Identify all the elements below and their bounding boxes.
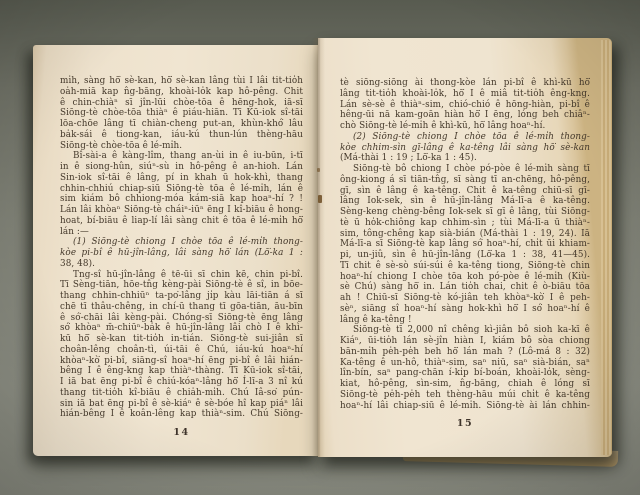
text-line: chē tī thâu-chêng, in chí-ū thang tī gōa…: [60, 302, 303, 313]
text-line: Siōng-tè tī 2,000 nî chêng kì-jiân bô si…: [340, 325, 590, 336]
text-line: oa̍h-miā kap n̂g-bāng, khoài-lo̍k kap hô…: [60, 87, 303, 98]
text-line: mi̍h, sàng hō͘ sè-kan, hō͘ sè-kan lâng t…: [60, 76, 303, 87]
page-15-paragraphs: tè siōng-siōng ài thong-kòe lán pi-bî ê …: [340, 78, 590, 411]
text-line: kiat, hô-pêng, sìn-sim, n̂g-bāng, chiah …: [340, 379, 590, 390]
book-page-left: mi̍h, sàng hō͘ sè-kan, hō͘ sè-kan lâng t…: [33, 45, 318, 456]
text-line: hoat, bí-biāu ê liap-lí lâi sàng chit ê …: [60, 216, 303, 227]
text-line: Kiáⁿ, ūi-tio̍h lán sè-jîn hiàn I, kiám b…: [340, 336, 590, 347]
paper-speck: [317, 168, 320, 172]
photo-background: mi̍h, sàng hō͘ sè-kan, hō͘ sè-kan lâng t…: [0, 0, 640, 495]
text-line: (1) Siōng-tè chiong I chòe tōa ê lé-mi̍h…: [60, 237, 303, 248]
paragraph: (Má-thài 1 : 19 ; Lō͘-ka 1 : 45).: [340, 153, 590, 164]
text-line: bêng I ê êng-kng kap thiàⁿ-thàng. Tī Kū-…: [60, 366, 303, 377]
text-line: Tī Sèng-tiān, hōe-tn̂g kèng-pài Siōng-tè…: [60, 280, 303, 291]
text-line: chhin-chhiú chiap-siū Siōng-tè tōa ê lé-…: [60, 184, 303, 195]
text-line: lîn-bín, saⁿ pang-chān í-ki̍p bí-boán, k…: [340, 368, 590, 379]
text-line: sim, tông-chêng kap sià-bián (Má-thài 1 …: [340, 229, 590, 240]
text-line: 38, 48).: [60, 259, 303, 270]
text-line: ba̍k-sái ê tiong-kan, iáu-kú thun-lún th…: [60, 130, 303, 141]
text-line: lâng Iok-sek, sìn ê hū-jîn-lâng Má-lī-a …: [340, 196, 590, 207]
text-line: pi, un-jiû, sìn ê hū-jîn-lâng (Lō͘-ka 1 …: [340, 250, 590, 261]
text-line: Tī chit ê sè-sò súi-súi ê ka-têng tiong,…: [340, 261, 590, 272]
text-line: lâng ê ka-têng !: [340, 315, 590, 326]
paragraph: (1) Siōng-tè chiong I chòe tōa ê lé-mi̍h…: [60, 237, 303, 259]
paragraph: Bî-sài-a ê kàng-lîm, thang an-ùi in ê iu…: [60, 151, 303, 237]
text-line: sèⁿ, siāng sî hoaⁿ-hí sàng hok-khì hō͘ I…: [340, 304, 590, 315]
text-line: sin iā bat ēng pi-bî ê sè-kiáⁿ ê sè-bóe …: [60, 399, 303, 410]
text-line: ê só͘-chāi lâi kèng-pài. Chóng-sī Siōng-…: [60, 313, 303, 324]
paragraph: mi̍h, sàng hō͘ sè-kan, hō͘ sè-kan lâng t…: [60, 76, 303, 151]
text-line: Siōng-tè bô chiong I chòe pó-pòe ê lé-mi…: [340, 164, 590, 175]
page-number-left: 14: [60, 427, 303, 438]
text-line: kū hō͘ sè-kan tit-tio̍h in-tián. Siōng-t…: [60, 334, 303, 345]
text-line: choân-lêng choân-tì, úi-tāi ê Chú, iáu-k…: [60, 345, 303, 356]
paragraph: 38, 48).: [60, 259, 303, 270]
text-line: sim kiám bô chhiong-móa kám-siā kap hoaⁿ…: [60, 194, 303, 205]
paragraph: Siōng-tè tī 2,000 nî chêng kì-jiân bô si…: [340, 325, 590, 411]
text-line: Siōng-tè pe̍h-pe̍h teh thèng-hāu múi chi…: [340, 390, 590, 401]
page-stack-right-edge: [601, 40, 612, 455]
text-line: só͘ khòaⁿ m̄-chiūⁿ-ba̍k ê hū-jîn-lâng lâ…: [60, 323, 303, 334]
text-line: Ka-têng ê un-hô, thiàⁿ-sim, saⁿ niū, saⁿ…: [340, 358, 590, 369]
text-line: ê chin-chiàⁿ sī jîn-lūi chòe-tōa ê hēng-…: [60, 98, 303, 109]
text-line: Bî-sài-a ê kàng-lîm, thang an-ùi in ê iu…: [60, 151, 303, 162]
text-line: I iā bat ēng pi-bî ê chiú-kóaⁿ-lâng hō͘ …: [60, 377, 303, 388]
text-line: chò Siōng-tè lé-mi̍h ê khì-kū, hō͘ lâng …: [340, 121, 590, 132]
text-line: lâng tit-tio̍h khoài-lo̍k, hō͘ I ê miâ t…: [340, 89, 590, 100]
text-line: (Má-thài 1 : 19 ; Lō͘-ka 1 : 45).: [340, 153, 590, 164]
book-page-right: tè siōng-siōng ài thong-kòe lán pi-bî ê …: [318, 38, 612, 457]
text-line: Sèng-keng chèng-bêng Iok-sek sī gī ê lân…: [340, 207, 590, 218]
text-line: lán :—: [60, 227, 303, 238]
paragraph: tè siōng-siōng ài thong-kòe lán pi-bî ê …: [340, 78, 590, 132]
text-line: thang tit-tio̍h kî-biāu ê chia̍h-mi̍h. C…: [60, 388, 303, 399]
text-line: Siōng-tè chòe-tōa ê lé-mi̍h.: [60, 141, 303, 152]
text-line: hoaⁿ-hí lâi chiap-siū ê lé-mi̍h. Siōng-t…: [340, 401, 590, 412]
text-line: tè siōng-siōng ài thong-kòe lán pi-bî ê …: [340, 78, 590, 89]
text-line: Lán lâi khòaⁿ Siōng-tè cháiⁿ-iūⁿ ēng I k…: [60, 205, 303, 216]
text-line: hêng-ūi nā kam-goān hiàn hō͘ I ēng, lóng…: [340, 110, 590, 121]
text-line: Siōng-tè chòe-tōa thiàⁿ ê piáu-hiān. Tī …: [60, 108, 303, 119]
text-line: (2) Siōng-tè chiong I chòe tōa ê lé-mi̍h…: [340, 132, 590, 143]
text-line: kòe chhim-sìn gī-lâng ê ka-têng lâi sàng…: [340, 143, 590, 154]
paragraph: Siōng-tè bô chiong I chòe pó-pòe ê lé-mi…: [340, 164, 590, 325]
text-line: gī, sìn ê lâng ê ka-têng. Chit ê ka-têng…: [340, 186, 590, 197]
text-line: Má-lī-a sī Siōng-tè kap lâng só͘ hoaⁿ-hí…: [340, 239, 590, 250]
page-14-text-column: mi̍h, sàng hō͘ sè-kan, hō͘ sè-kan lâng t…: [60, 76, 303, 438]
text-line: Lán sè-sè ê thiàⁿ-sim, chió-chió ê hōng-…: [340, 100, 590, 111]
text-line: lōa-chōe lâng tī chiàn-cheng put-an, khù…: [60, 119, 303, 130]
text-line: thang chhin-chhiūⁿ ta-po͘-lâng ji̍p kàu …: [60, 291, 303, 302]
text-line: hoaⁿ-hí chiong I chòe tōa koh pó-pòe ê l…: [340, 272, 590, 283]
text-line: tè ū ho̍k-chiông kap chhim-sìn ; tùi Má-…: [340, 218, 590, 229]
page-number-right: 15: [340, 418, 590, 429]
page-15-text-column: tè siōng-siōng ài thong-kòe lán pi-bî ê …: [340, 78, 590, 429]
paragraph: Tng-sî hū-jîn-lâng ê tē-ūi sī chin kē, c…: [60, 270, 303, 421]
text-line: ah ! Chiū-sī Siōng-tè kó-jiân teh khòaⁿ-…: [340, 293, 590, 304]
text-line: Sin-iok sî-tāi ê lâng, pí in khah ū hok-…: [60, 173, 303, 184]
text-line: ông-kiong á sī tiān-tn̂g, sī sàng tī an-…: [340, 175, 590, 186]
paragraph: (2) Siōng-tè chiong I chòe tōa ê lé-mi̍h…: [340, 132, 590, 154]
text-line: in ê siong-hûn, siúⁿ-sù in hô-pêng ê an-…: [60, 162, 303, 173]
text-line: Tng-sî hū-jîn-lâng ê tē-ūi sī chin kē, c…: [60, 270, 303, 281]
page-14-paragraphs: mi̍h, sàng hō͘ sè-kan, hō͘ sè-kan lâng t…: [60, 76, 303, 420]
text-line: hián-bêng I ê koân-lêng kap thiàⁿ-sim. C…: [60, 409, 303, 420]
text-line: kòe pi-bî ê hū-jîn-lâng, lâi sàng hō͘ lá…: [60, 248, 303, 259]
text-line: sè Chú) sàng hō͘ in. Lán tio̍h chai, chi…: [340, 282, 590, 293]
open-book: mi̍h, sàng hō͘ sè-kan, hō͘ sè-kan lâng t…: [33, 38, 612, 457]
text-line: khòaⁿ-kò͘ pi-bî, siāng-sî hoaⁿ-hí ēng pi…: [60, 356, 303, 367]
text-line: bān-mi̍h pe̍h-pe̍h beh hō͘ lán mah ? (Lô…: [340, 347, 590, 358]
paper-speck: [318, 195, 322, 203]
